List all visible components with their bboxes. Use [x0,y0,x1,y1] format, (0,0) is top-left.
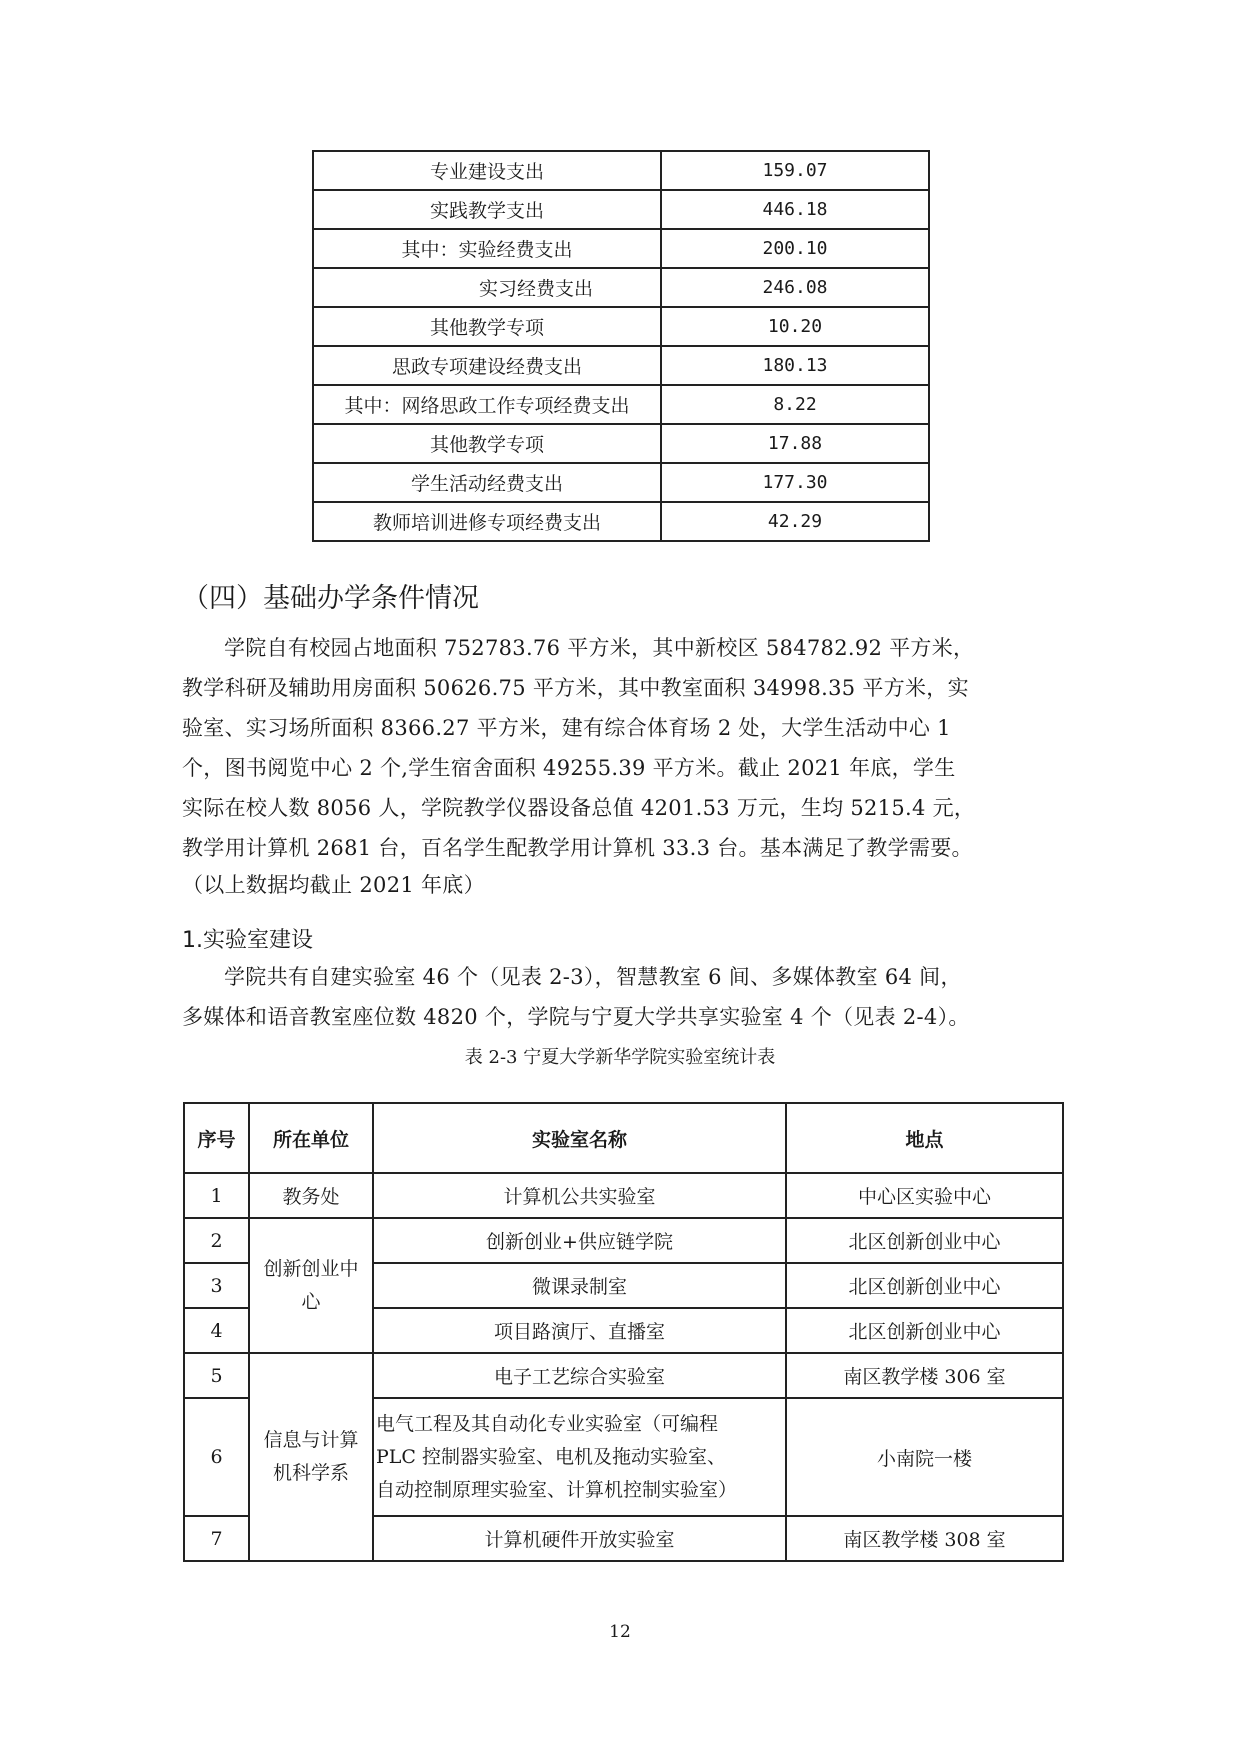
unit-line: 机科学系 [254,1457,368,1490]
expense-item: 其他教学专项 [313,307,661,346]
table-row: 教师培训进修专项经费支出 42.29 [313,502,929,541]
expense-item: 学生活动经费支出 [313,463,661,502]
expense-value: 10.20 [661,307,929,346]
cell-lab-name: 微课录制室 [373,1263,786,1308]
expense-item: 教师培训进修专项经费支出 [313,502,661,541]
unit-line: 信息与计算 [254,1424,368,1457]
header-unit: 所在单位 [249,1103,373,1173]
expense-value: 246.08 [661,268,929,307]
cell-location: 中心区实验中心 [786,1173,1063,1218]
expense-item: 思政专项建设经费支出 [313,346,661,385]
section-heading: （四）基础办学条件情况 [182,576,479,615]
table-row: 实习经费支出 246.08 [313,268,929,307]
expense-item: 实习经费支出 [313,268,661,307]
table-row: 2 创新创业中 心 创新创业+供应链学院 北区创新创业中心 [184,1218,1063,1263]
expense-item: 其中：实验经费支出 [313,229,661,268]
cell-unit: 创新创业中 心 [249,1218,373,1353]
paragraph-line: （以上数据均截止 2021 年底） [182,868,1062,902]
cell-lab-name: 电气工程及其自动化专业实验室（可编程 PLC 控制器实验室、电机及拖动实验室、 … [373,1398,786,1516]
cell-no: 6 [184,1398,249,1516]
header-no: 序号 [184,1103,249,1173]
cell-lab-name: 计算机硬件开放实验室 [373,1516,786,1561]
paragraph-line: 教学用计算机 2681 台，百名学生配教学用计算机 33.3 台。基本满足了教学… [182,828,1062,868]
unit-line: 心 [254,1286,368,1319]
cell-location: 北区创新创业中心 [786,1263,1063,1308]
table-row: 其他教学专项 10.20 [313,307,929,346]
lab-name-line: 电气工程及其自动化专业实验室（可编程 [376,1408,783,1441]
cell-no: 1 [184,1173,249,1218]
paragraph-line: 验室、实习场所面积 8366.27 平方米，建有综合体育场 2 处，大学生活动中… [182,708,1062,748]
expense-item: 其他教学专项 [313,424,661,463]
expense-value: 42.29 [661,502,929,541]
paragraph-line: 实际在校人数 8056 人，学院教学仪器设备总值 4201.53 万元，生均 5… [182,788,1062,828]
cell-unit: 信息与计算 机科学系 [249,1353,373,1561]
cell-location: 南区教学楼 308 室 [786,1516,1063,1561]
cell-no: 2 [184,1218,249,1263]
expense-value: 159.07 [661,151,929,190]
cell-location: 北区创新创业中心 [786,1218,1063,1263]
header-location: 地点 [786,1103,1063,1173]
expense-value: 180.13 [661,346,929,385]
expense-value: 446.18 [661,190,929,229]
subsection-heading: 1.实验室建设 [182,923,313,954]
cell-no: 3 [184,1263,249,1308]
table-row: 其中：实验经费支出 200.10 [313,229,929,268]
paragraph-line: 学院共有自建实验室 46 个（见表 2-3），智慧教室 6 间、多媒体教室 64… [182,957,1062,997]
table-row: 学生活动经费支出 177.30 [313,463,929,502]
cell-no: 7 [184,1516,249,1561]
cell-lab-name: 电子工艺综合实验室 [373,1353,786,1398]
cell-lab-name: 计算机公共实验室 [373,1173,786,1218]
cell-unit: 教务处 [249,1173,373,1218]
table-row: 思政专项建设经费支出 180.13 [313,346,929,385]
table-row: 其他教学专项 17.88 [313,424,929,463]
table-row: 其中：网络思政工作专项经费支出 8.22 [313,385,929,424]
expense-value: 200.10 [661,229,929,268]
cell-location: 北区创新创业中心 [786,1308,1063,1353]
header-lab-name: 实验室名称 [373,1103,786,1173]
cell-lab-name: 项目路演厅、直播室 [373,1308,786,1353]
paragraph-line: 教学科研及辅助用房面积 50626.75 平方米，其中教室面积 34998.35… [182,668,1062,708]
expense-value: 8.22 [661,385,929,424]
table-row: 专业建设支出 159.07 [313,151,929,190]
expense-item: 专业建设支出 [313,151,661,190]
expense-table: 专业建设支出 159.07 实践教学支出 446.18 其中：实验经费支出 20… [312,150,930,542]
table-row: 实践教学支出 446.18 [313,190,929,229]
page-number: 12 [0,1622,1240,1642]
lab-name-line: PLC 控制器实验室、电机及拖动实验室、 [376,1441,783,1474]
cell-no: 4 [184,1308,249,1353]
unit-line: 创新创业中 [254,1253,368,1286]
expense-item: 实践教学支出 [313,190,661,229]
subsection-paragraph: 学院共有自建实验室 46 个（见表 2-3），智慧教室 6 间、多媒体教室 64… [182,957,1062,1037]
lab-name-line: 自动控制原理实验室、计算机控制实验室） [376,1474,783,1507]
expense-value: 17.88 [661,424,929,463]
paragraph-line: 多媒体和语音教室座位数 4820 个，学院与宁夏大学共享实验室 4 个（见表 2… [182,997,1062,1037]
section-paragraph: 学院自有校园占地面积 752783.76 平方米，其中新校区 584782.92… [182,628,1062,902]
table-row: 1 教务处 计算机公共实验室 中心区实验中心 [184,1173,1063,1218]
cell-no: 5 [184,1353,249,1398]
table-row: 5 信息与计算 机科学系 电子工艺综合实验室 南区教学楼 306 室 [184,1353,1063,1398]
paragraph-line: 个，图书阅览中心 2 个,学生宿舍面积 49255.39 平方米。截止 2021… [182,748,1062,788]
cell-location: 南区教学楼 306 室 [786,1353,1063,1398]
table-caption: 表 2-3 宁夏大学新华学院实验室统计表 [0,1043,1240,1069]
expense-value: 177.30 [661,463,929,502]
table-header-row: 序号 所在单位 实验室名称 地点 [184,1103,1063,1173]
cell-lab-name: 创新创业+供应链学院 [373,1218,786,1263]
expense-item: 其中：网络思政工作专项经费支出 [313,385,661,424]
cell-location: 小南院一楼 [786,1398,1063,1516]
lab-table: 序号 所在单位 实验室名称 地点 1 教务处 计算机公共实验室 中心区实验中心 … [183,1102,1064,1562]
paragraph-line: 学院自有校园占地面积 752783.76 平方米，其中新校区 584782.92… [182,628,1062,668]
